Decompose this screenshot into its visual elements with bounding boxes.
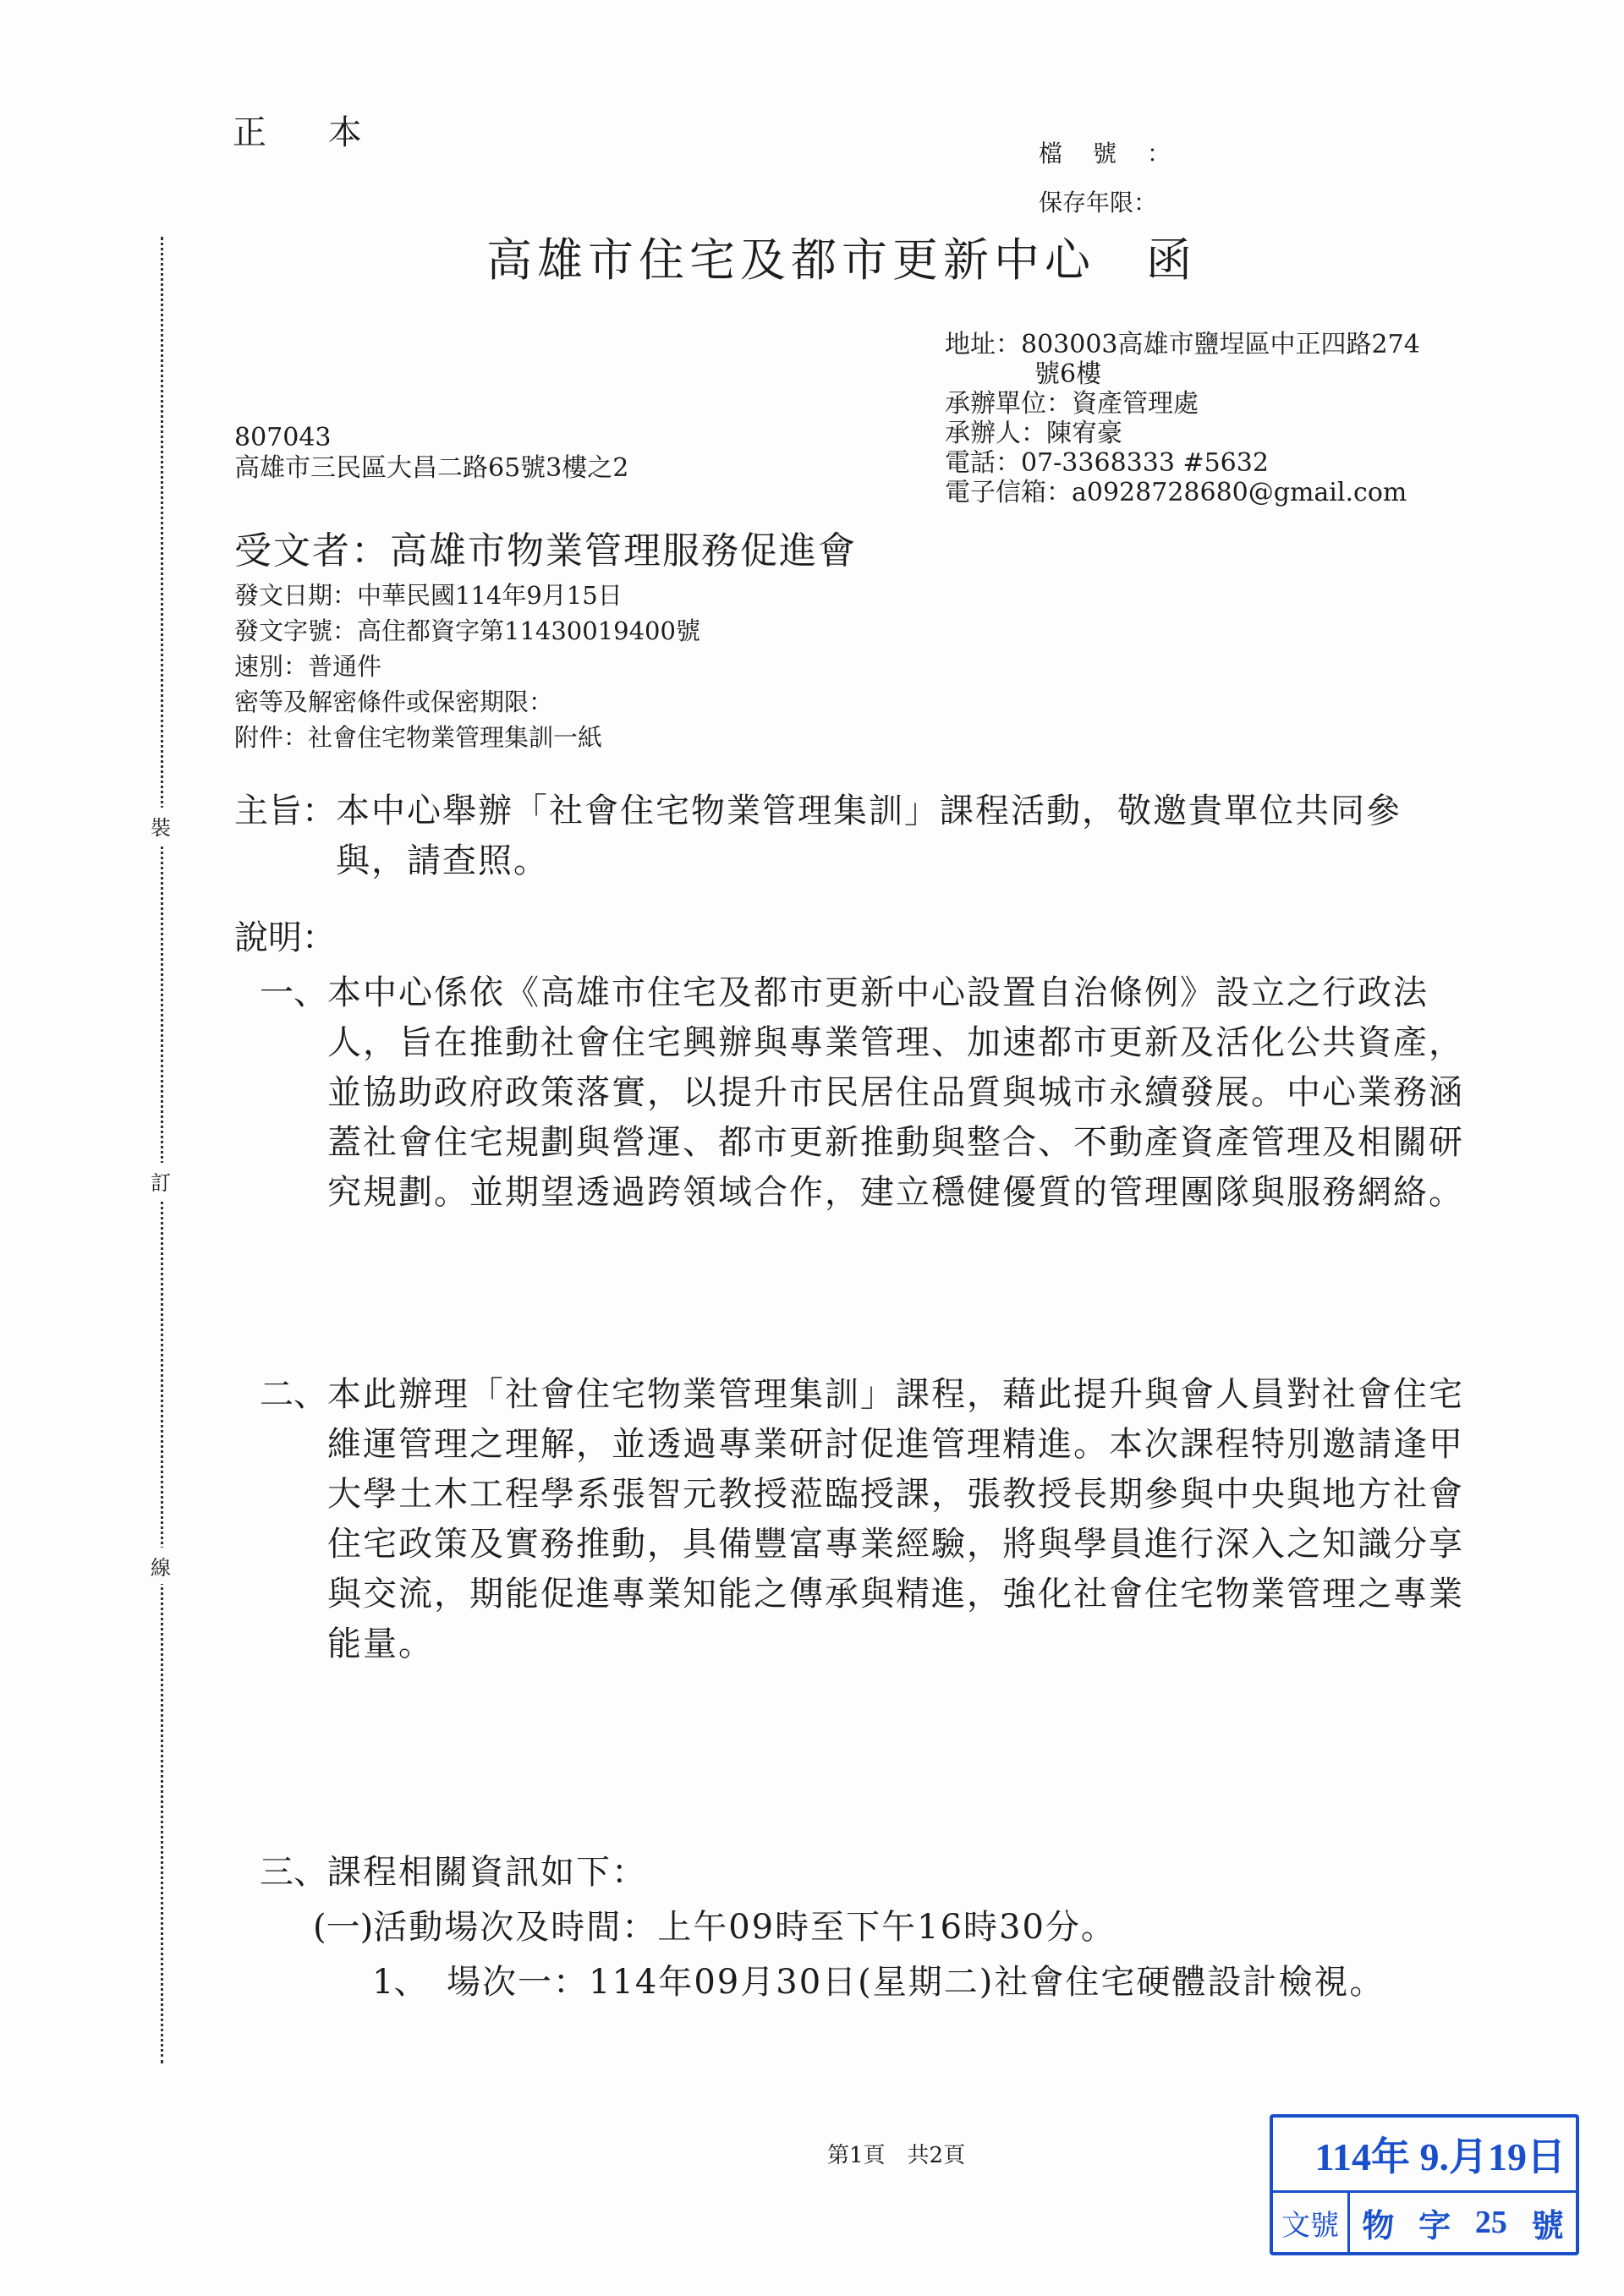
recipient: 受文者：高雄市物業管理服務促進會 <box>234 520 857 574</box>
document-number: 發文字號：高住都資字第11430019400號 <box>234 613 700 649</box>
item-number: 一、 <box>234 968 327 1218</box>
item-text: 本中心係依《高雄市住宅及都市更新中心設置自治條例》設立之行政法人，旨在推動社會住… <box>327 968 1469 1218</box>
item-text: 本此辦理「社會住宅物業管理集訓」課程，藉此提升與會人員對社會住宅維運管理之理解，… <box>327 1370 1469 1669</box>
explanation-item-1: 一、 本中心係依《高雄市住宅及都市更新中心設置自治條例》設立之行政法人，旨在推動… <box>234 968 1469 1218</box>
explanation-item-3: 三、 課程相關資訊如下： <box>234 1848 1469 1898</box>
sender-address: 地址：803003高雄市鹽埕區中正四路274 <box>945 330 1420 359</box>
sub-item-text: 場次一：114年09月30日(星期二)社會住宅硬體設計檢視。 <box>447 1958 1472 2008</box>
item-number: 三、 <box>234 1848 327 1898</box>
explanation-label: 說明： <box>234 913 1469 963</box>
sub-item-text: 活動場次及時間：上午09時至下午16時30分。 <box>373 1903 1472 1953</box>
issue-date: 發文日期：中華民國114年9月15日 <box>234 578 700 613</box>
sub-item-1-1: 1、 場次一：114年09月30日(星期二)社會住宅硬體設計檢視。 <box>372 1958 1472 2008</box>
sender-email: 電子信箱：a0928728680@gmail.com <box>945 478 1420 507</box>
file-number-label: 檔號： <box>1039 135 1201 169</box>
stamp-number-suffix: 號 <box>1532 2200 1564 2246</box>
security-level: 密等及解密條件或保密期限： <box>234 684 700 720</box>
binding-mark-1: 裝 <box>151 808 171 844</box>
address-line: 高雄市三民區大昌二路65號3樓之2 <box>234 453 628 484</box>
stamp-date: 114年 9.月19日 <box>1273 2118 1576 2193</box>
postal-code: 807043 <box>234 423 628 453</box>
attachment: 附件：社會住宅物業管理集訓一紙 <box>234 720 700 755</box>
stamp-number-prefix: 物 <box>1362 2200 1394 2246</box>
handling-officer: 承辦人：陳宥豪 <box>945 419 1420 448</box>
sub-item-1: (一) 活動場次及時間：上午09時至下午16時30分。 <box>313 1903 1472 1953</box>
original-copy-mark: 正 本 <box>233 106 387 154</box>
sub-item-number: 1、 <box>372 1958 447 2008</box>
delivery-speed: 速別：普通件 <box>234 649 700 684</box>
subject-label: 主旨： <box>234 786 336 886</box>
document-title: 高雄市住宅及都市更新中心 函 <box>486 224 1197 289</box>
item-text: 課程相關資訊如下： <box>327 1848 1469 1898</box>
handling-unit: 承辦單位：資產管理處 <box>945 389 1420 419</box>
sub-item-number: (一) <box>313 1903 373 1953</box>
page-number: 第1頁 共2頁 <box>827 2138 965 2169</box>
binding-mark-2: 訂 <box>151 1163 171 1199</box>
sender-address-cont: 號6樓 <box>945 359 1420 389</box>
document-meta: 發文日期：中華民國114年9月15日 發文字號：高住都資字第1143001940… <box>234 578 700 755</box>
stamp-number-value: 25 <box>1475 2204 1507 2241</box>
binding-mark-3: 線 <box>151 1548 171 1584</box>
subject-text: 本中心舉辦「社會住宅物業管理集訓」課程活動，敬邀貴單位共同參與，請查照。 <box>336 786 1469 886</box>
explanation-item-2: 二、 本此辦理「社會住宅物業管理集訓」課程，藉此提升與會人員對社會住宅維運管理之… <box>234 1370 1469 1669</box>
binding-line <box>161 237 163 2063</box>
stamp-number-char: 字 <box>1418 2200 1451 2246</box>
received-stamp: 114年 9.月19日 文號 物 字 25 號 <box>1270 2114 1579 2255</box>
sender-info: 地址：803003高雄市鹽埕區中正四路274 號6樓 承辦單位：資產管理處 承辦… <box>945 330 1420 507</box>
stamp-number-label: 文號 <box>1273 2193 1350 2252</box>
sender-phone: 電話：07-3368333 #5632 <box>945 448 1420 478</box>
item-number: 二、 <box>234 1370 327 1669</box>
retention-period-label: 保存年限： <box>1039 184 1157 218</box>
recipient-address: 807043 高雄市三民區大昌二路65號3樓之2 <box>234 423 628 484</box>
subject: 主旨： 本中心舉辦「社會住宅物業管理集訓」課程活動，敬邀貴單位共同參與，請查照。 <box>234 786 1469 886</box>
